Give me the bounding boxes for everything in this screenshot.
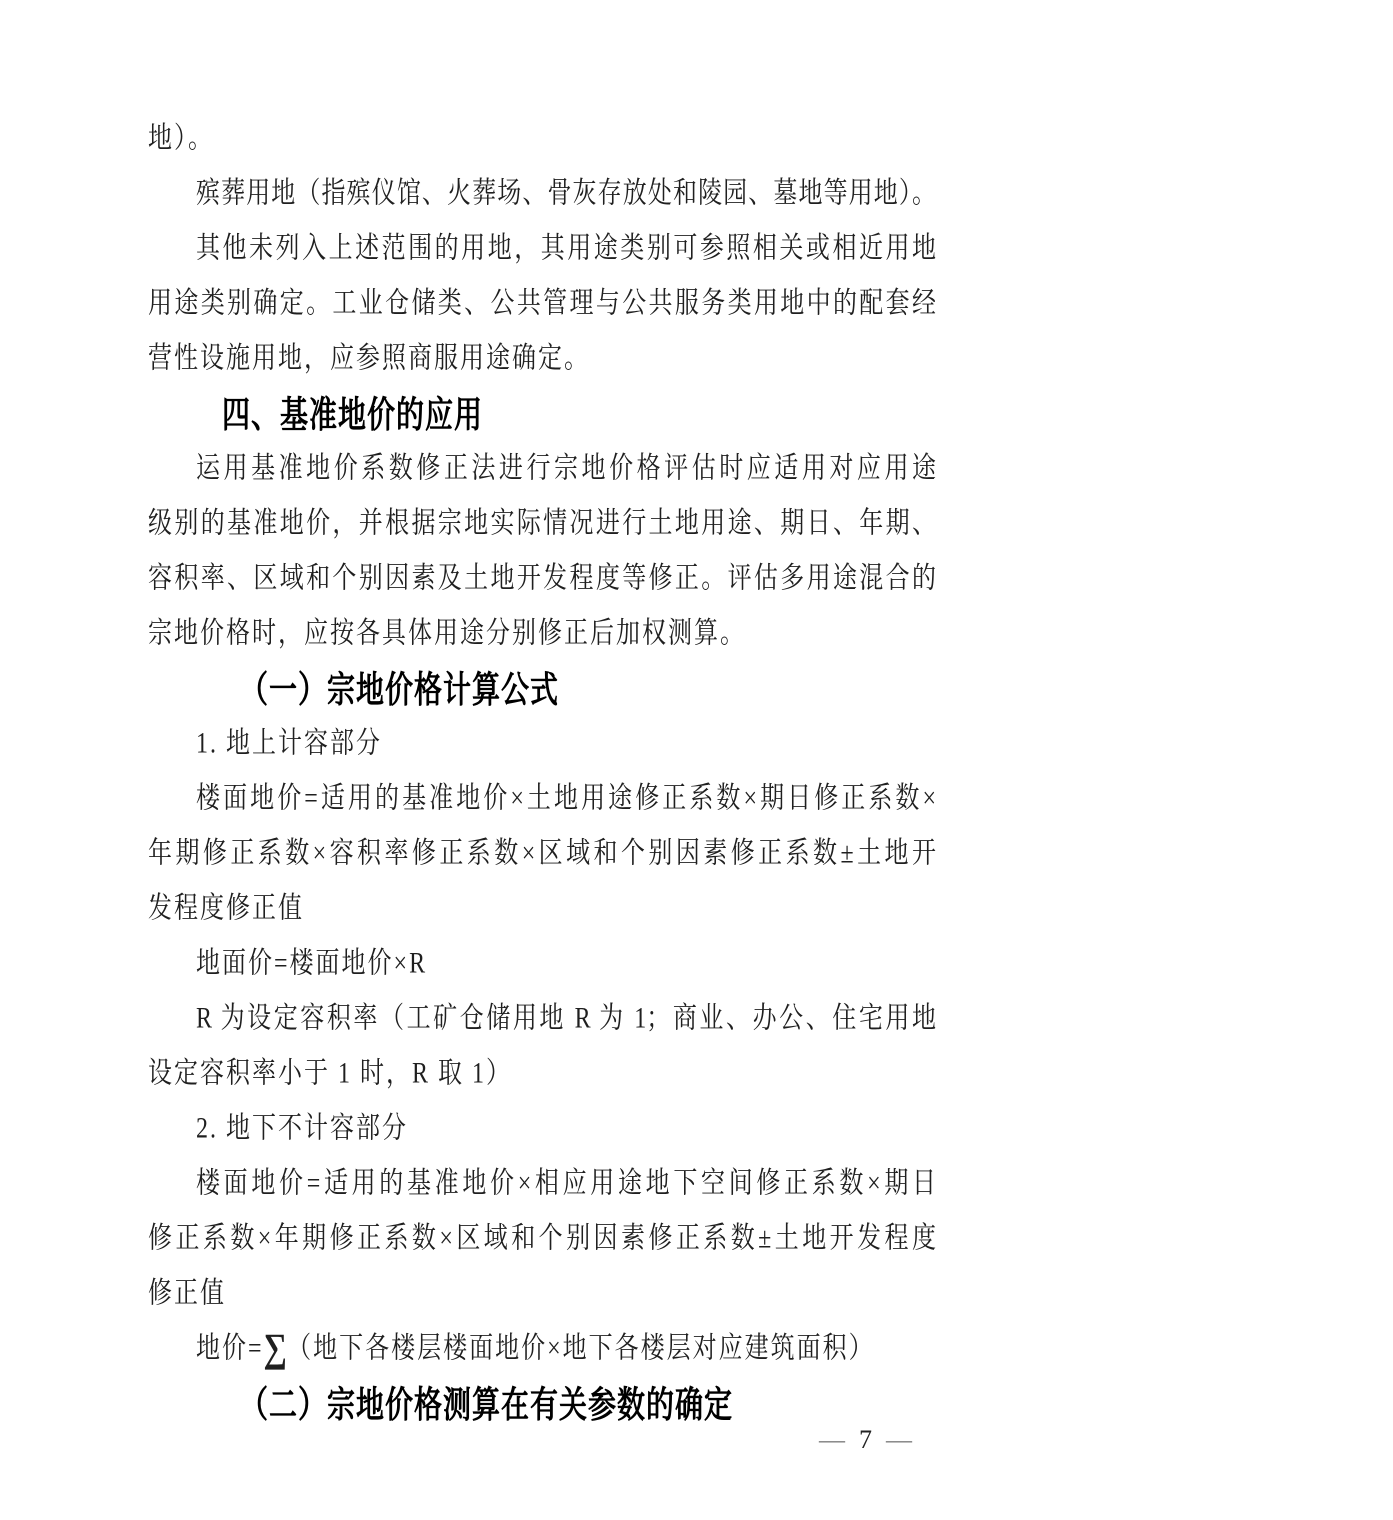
document-page: 地）。 殡葬用地（指殡仪馆、火葬场、骨灰存放处和陵园、墓地等用地）。 其他未列入… (0, 0, 1393, 1520)
sigma-symbol: ∑ (264, 1327, 288, 1371)
document-content: 地）。 殡葬用地（指殡仪馆、火葬场、骨灰存放处和陵园、墓地等用地）。 其他未列入… (148, 112, 936, 1458)
formula-sum-prefix: 地价= (196, 1333, 264, 1365)
subheading-parameters: （二）宗地价格测算在有关参数的确定 (148, 1369, 936, 1441)
formula-sum-rest: （地下各楼层楼面地价×地下各楼层对应建筑面积） (287, 1333, 875, 1365)
